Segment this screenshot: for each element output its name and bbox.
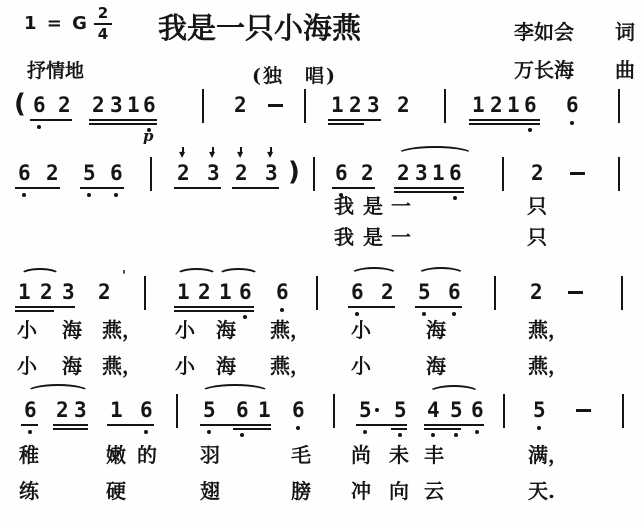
lyric-syllable: 未 [389,445,409,465]
barline [144,276,146,310]
accent-mark: ▼ [267,151,273,159]
beam-line [53,428,88,430]
octave-dot [570,121,574,125]
barline [618,157,620,191]
note-digit: 3 [265,163,278,184]
lyric-syllable: 海 [426,320,446,340]
note-digit: 3 [62,282,75,303]
note-digit: 3 [367,95,380,116]
barline [316,276,318,310]
lyric-syllable: 是 [363,227,383,247]
octave-dot [475,430,479,434]
octave-dot [37,125,41,129]
note-digit: 2 [98,282,111,303]
note-digit: 2 [397,95,410,116]
note-digit: 2 [56,400,69,421]
note-digit: 1 [219,282,232,303]
note-digit: 1 [331,95,344,116]
barline [622,394,624,428]
beam-line [394,187,464,189]
beam-line [469,123,540,125]
lyric-syllable: 一 [391,227,411,247]
lyric-syllable: 小 [351,356,371,376]
note-digit: 6 [236,400,249,421]
note-digit: 2 [361,163,374,184]
octave-dot [398,433,402,437]
note-digit: 6 [471,400,484,421]
barline [618,89,620,123]
lyric-syllable: 燕， [528,320,568,340]
note-digit: 1 [507,95,520,116]
breath-mark: ' [122,270,126,283]
lyric-syllable: 燕， [528,356,568,376]
lyric-syllable: 海 [62,356,82,376]
lyric-syllable: 小 [351,320,371,340]
octave-dot [22,193,26,197]
note-digit: 2 [234,95,247,116]
lyric-syllable: 稚 [19,445,39,465]
beam-line [328,123,364,125]
beam-line [391,428,407,430]
lyric-syllable: 小 [17,320,37,340]
beam-line [415,306,462,308]
lyric-syllable: 膀 [291,481,311,501]
octave-dot [114,193,118,197]
octave-dot [355,312,359,316]
sheet-music-page: 1 = G 2 4 我是一只小海燕 李如会 词 万长海 曲 抒情地 (独 唱) … [0,0,643,523]
lyric-syllable: 燕， [102,356,142,376]
note-digit: 2 [46,163,59,184]
lyric-syllable: 一 [391,196,411,216]
lyric-syllable: 练 [19,481,39,501]
lyric-syllable: 小 [17,356,37,376]
note-digit: 1 [110,400,123,421]
octave-dot [431,433,435,437]
beam-line [200,424,271,426]
dotted-note-dot [375,408,379,412]
accent-mark: ▼ [237,151,243,159]
lyric-syllable: 只 [527,227,547,247]
beam-line [174,187,221,189]
note-digit: 1 [432,163,445,184]
dash-extension [268,104,283,107]
lyric-syllable: 硬 [106,481,126,501]
note-digit: 2 [397,163,410,184]
note-digit: 3 [415,163,428,184]
barline [304,89,306,123]
note-digit: 2 [349,95,362,116]
note-digit: 5 [83,163,96,184]
note-digit: 2 [530,282,543,303]
note-digit: 6 [335,163,348,184]
barline [333,394,335,428]
octave-dot [452,312,456,316]
note-digit: 6 [110,163,123,184]
dash-extension [568,291,583,294]
barline [494,276,496,310]
lyric-syllable: 燕， [270,320,310,340]
octave-dot [296,426,300,430]
barline [313,157,315,191]
note-digit: 1 [127,95,140,116]
beam-line [469,119,540,121]
beam-line [424,428,461,430]
lyric-syllable: 嫩 [106,445,126,465]
lyric-syllable: 丰 [424,445,444,465]
note-digit: 5 [533,400,546,421]
note-digit: 1 [258,400,271,421]
dash-extension [570,172,585,175]
octave-dot [87,193,91,197]
lyric-syllable: 向 [389,481,409,501]
lyric-syllable: 尚 [351,445,371,465]
note-digit: 3 [110,95,123,116]
barline [444,89,446,123]
note-digit: 6 [18,163,31,184]
barline [503,394,505,428]
note-digit: 2 [58,95,71,116]
barline [202,89,204,123]
lyric-syllable: 燕， [102,320,142,340]
note-digit: 2 [92,95,105,116]
beam-line [21,424,38,426]
barline [502,157,504,191]
octave-dot [28,430,32,434]
note-digit: 2 [40,282,53,303]
beam-line [356,424,407,426]
note-digit: 3 [207,163,220,184]
lyric-syllable: 满， [528,445,568,465]
note-digit: 6 [292,400,305,421]
note-digit: 2 [198,282,211,303]
note-digit: 1 [177,282,190,303]
note-digit: 6 [33,95,46,116]
octave-dot [528,128,532,132]
note-digit: 6 [449,163,462,184]
lyric-syllable: 羽 [200,445,220,465]
accent-mark: ▼ [179,151,185,159]
lyric-syllable: 天. [528,481,555,501]
lyric-syllable: 燕， [270,356,310,376]
note-digit: 5 [418,282,431,303]
note-digit: 1 [18,282,31,303]
barline [150,157,152,191]
octave-dot [144,430,148,434]
beam-line [53,424,88,426]
note-digit: 2 [531,163,544,184]
note-digit: 6 [351,282,364,303]
lyric-syllable: 海 [62,320,82,340]
lyric-syllable: 云 [424,481,444,501]
beam-line [15,187,60,189]
octave-dot [243,315,247,319]
note-digit: 2 [381,282,394,303]
lyric-syllable: 海 [216,356,236,376]
beam-line [394,191,464,193]
note-digit: 5 [394,400,407,421]
lyric-syllable: 海 [426,356,446,376]
lyric-syllable: 小 [175,320,195,340]
beam-line [80,187,124,189]
beam-line [30,119,72,121]
lyric-syllable: 我 [334,227,354,247]
lyric-syllable: 毛 [291,445,311,465]
beam-line [233,428,271,430]
note-digit: 6 [143,95,156,116]
beam-line [332,187,375,189]
note-digit: 6 [448,282,461,303]
dynamic-piano: p [143,129,154,144]
octave-dot [537,426,541,430]
beam-line [232,187,279,189]
beam-line [424,424,484,426]
octave-dot [453,196,457,200]
octave-dot [363,430,367,434]
accent-mark: ▼ [209,151,215,159]
lyric-syllable: 只 [527,196,547,216]
note-digit: 6 [239,282,252,303]
barline [176,394,178,428]
lyric-syllable: 小 [175,356,195,376]
dash-extension [576,409,591,412]
lyric-syllable: 翅 [200,481,220,501]
note-digit: 5 [203,400,216,421]
note-digit: 6 [276,282,289,303]
note-digit: 5 [359,400,372,421]
note-digit: 4 [427,400,440,421]
octave-dot [240,433,244,437]
note-digit: 3 [74,400,87,421]
octave-dot [422,312,426,316]
note-digit: 6 [140,400,153,421]
score: (622316p21232121666256▼▼▼▼2323)6223162我是… [0,0,643,523]
note-digit: 6 [566,95,579,116]
beam-line [174,306,254,308]
lyric-syllable: 的 [137,445,157,465]
note-digit: 6 [524,95,537,116]
beam-line [15,310,54,312]
beam-line [348,306,395,308]
octave-dot [454,433,458,437]
beam-line [328,119,381,121]
close-paren: ) [288,159,300,185]
beam-line [107,424,154,426]
note-digit: 2 [235,163,248,184]
note-digit: 5 [450,400,463,421]
barline [621,276,623,310]
beam-line [89,123,157,125]
note-digit: 1 [472,95,485,116]
lyric-syllable: 是 [363,196,383,216]
note-digit: 6 [24,400,37,421]
octave-dot [280,308,284,312]
note-digit: 2 [177,163,190,184]
beam-line [174,310,254,312]
lyric-syllable: 冲 [351,481,371,501]
note-digit: 2 [490,95,503,116]
open-paren: ( [14,91,26,117]
lyric-syllable: 海 [216,320,236,340]
beam-line [89,119,157,121]
beam-line [15,306,75,308]
lyric-syllable: 我 [334,196,354,216]
octave-dot [207,430,211,434]
